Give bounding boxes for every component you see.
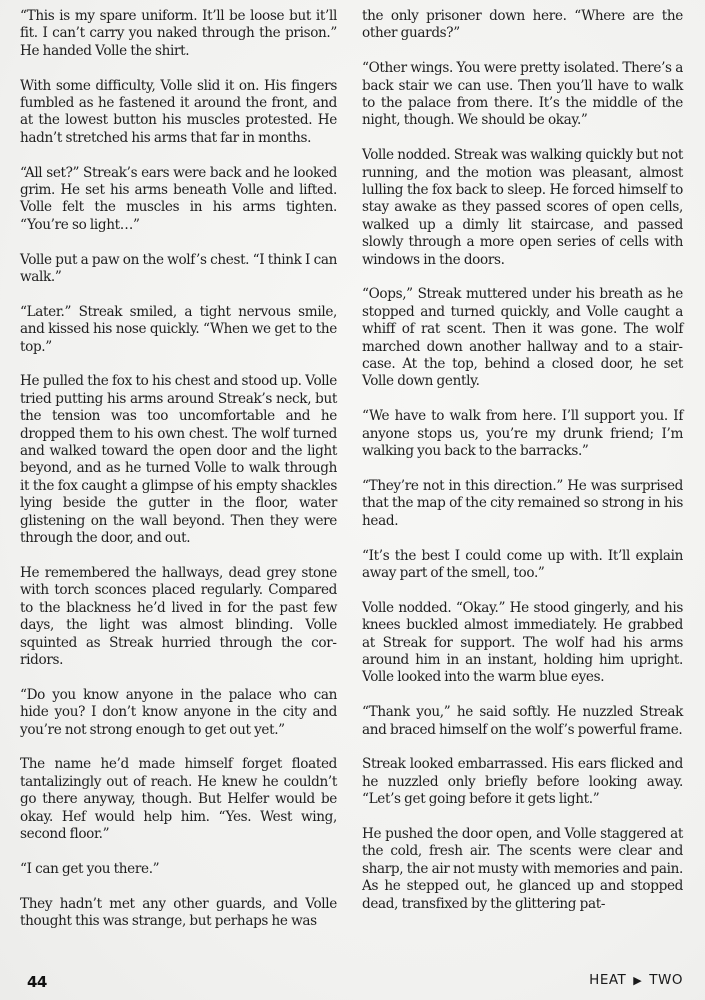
running-footer: HEAT ▶ TWO <box>589 972 683 988</box>
paragraph: “This is my spare uniform. It’ll be loos… <box>20 8 337 60</box>
paragraph: Streak looked embarrassed. His ears flic… <box>362 756 683 808</box>
paragraph: “They’re not in this direction.” He was … <box>362 478 683 530</box>
paragraph: the only prisoner down here. “Where are … <box>362 8 683 43</box>
paragraph: Volle put a paw on the wolf’s chest. “I … <box>20 252 337 287</box>
paragraph: “Do you know anyone in the palace who ca… <box>20 687 337 739</box>
paragraph: Volle nodded. “Okay.” He stood gingerly,… <box>362 600 683 687</box>
paragraph: “It’s the best I could come up with. It’… <box>362 548 683 583</box>
triangle-right-icon: ▶ <box>633 974 642 987</box>
paragraph: “Later.” Streak smiled, a tight nervous … <box>20 304 337 356</box>
paragraph: “I can get you there.” <box>20 861 337 878</box>
magazine-page: “This is my spare uniform. It’ll be loos… <box>0 0 705 1000</box>
paragraph: They hadn’t met any other guards, and Vo… <box>20 896 337 931</box>
paragraph: The name he’d made himself forget floate… <box>20 756 337 843</box>
issue-label: TWO <box>649 972 683 988</box>
paragraph: Volle nodded. Streak was walking quickly… <box>362 147 683 269</box>
paragraph: With some difficulty, Volle slid it on. … <box>20 78 337 148</box>
paragraph: “Oops,” Streak muttered under his breath… <box>362 286 683 390</box>
text-column-right: the only prisoner down here. “Where are … <box>362 8 683 913</box>
paragraph: He pulled the fox to his chest and stood… <box>20 373 337 547</box>
paragraph: “All set?” Streak’s ears were back and h… <box>20 165 337 235</box>
paragraph: He remembered the hallways, dead grey st… <box>20 565 337 669</box>
paragraph: “Other wings. You were pretty isolated. … <box>362 60 683 130</box>
page-number: 44 <box>27 973 47 991</box>
publication-title: HEAT <box>589 972 626 988</box>
paragraph: He pushed the door open, and Volle stagg… <box>362 826 683 913</box>
text-column-left: “This is my spare uniform. It’ll be loos… <box>20 8 337 930</box>
paragraph: “We have to walk from here. I’ll support… <box>362 408 683 460</box>
paragraph: “Thank you,” he said softly. He nuzzled … <box>362 704 683 739</box>
